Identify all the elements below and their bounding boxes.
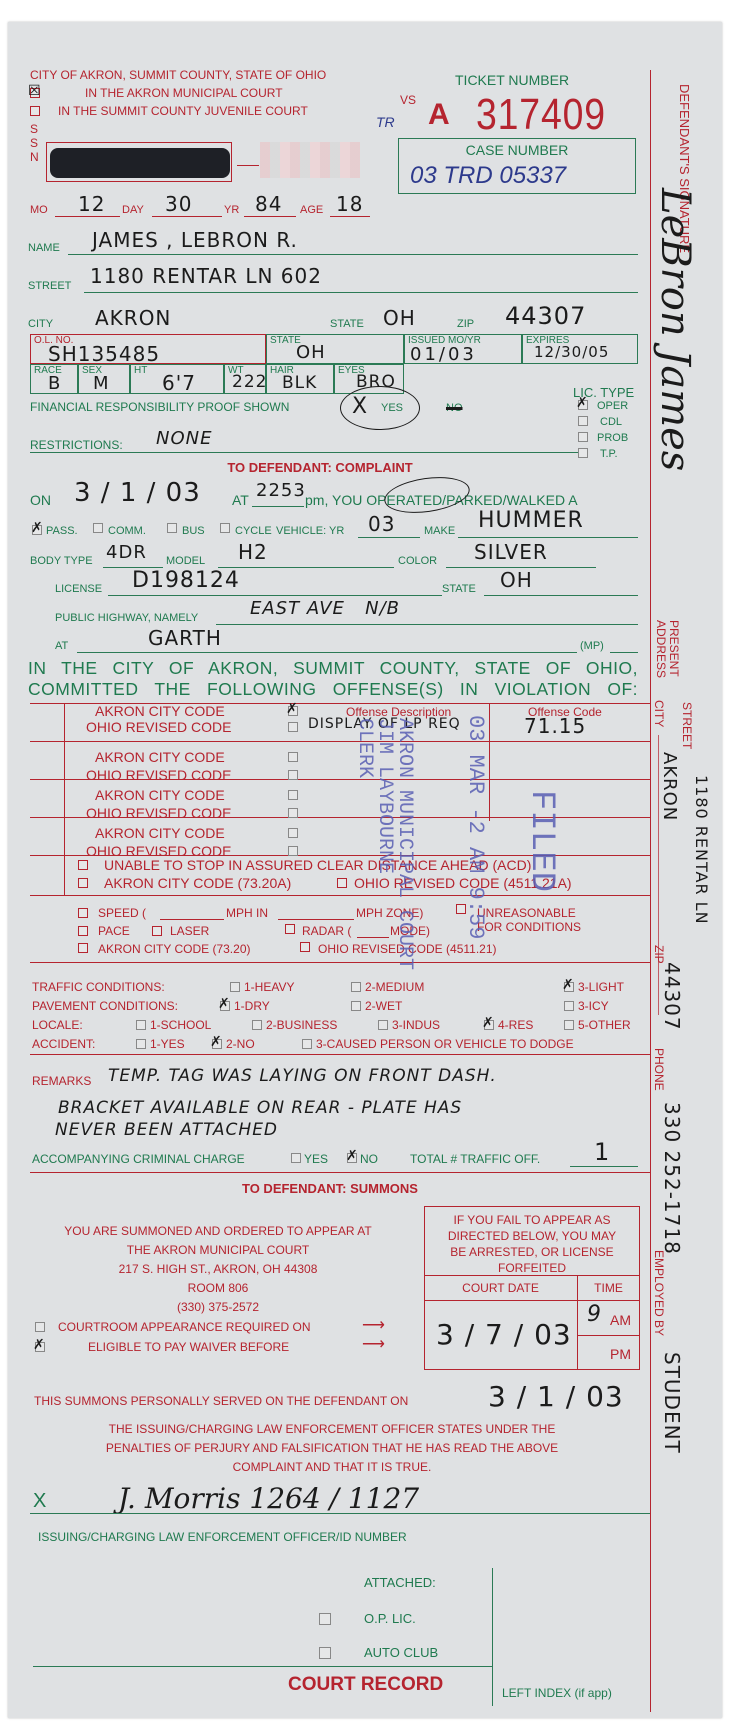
pavement-label: PAVEMENT CONDITIONS: bbox=[32, 999, 178, 1013]
lic-cdl-label: CDL bbox=[600, 416, 622, 428]
footer-line bbox=[33, 1666, 493, 1667]
color-label: COLOR bbox=[398, 555, 437, 567]
ohio-revised-code-label: OHIO REVISED CODE bbox=[86, 767, 231, 783]
total-offenses[interactable]: 1 bbox=[594, 1138, 610, 1166]
ticket-number-label: TICKET NUMBER bbox=[455, 72, 569, 88]
summons-address: YOU ARE SUMMONED AND ORDERED TO APPEAR A… bbox=[28, 1222, 408, 1317]
traffic-checkbox[interactable] bbox=[351, 982, 361, 992]
lic-oper-label: OPER bbox=[597, 400, 628, 412]
day-label: DAY bbox=[122, 204, 144, 216]
at2-label: AT bbox=[55, 640, 68, 652]
sidebar-employed-label: EMPLOYED BY bbox=[652, 1250, 666, 1336]
mp-label: (MP) bbox=[580, 640, 604, 652]
locale-label: LOCALE: bbox=[32, 1018, 83, 1032]
yr-line bbox=[244, 216, 296, 217]
pavement-option: 2-WET bbox=[365, 999, 402, 1013]
offense-table-bottom bbox=[30, 895, 650, 896]
check-mark-icon: ✗ bbox=[562, 980, 574, 990]
violation-line-1: IN THE CITY OF AKRON, SUMMIT COUNTY, STA… bbox=[28, 658, 638, 679]
body-type-label: BODY TYPE bbox=[30, 555, 93, 567]
lic-prob-checkbox[interactable] bbox=[578, 432, 588, 442]
officer-signature[interactable]: J. Morris 1264 / 1127 bbox=[118, 1482, 419, 1515]
model-line bbox=[218, 567, 394, 568]
cycle-label: CYCLE bbox=[235, 525, 272, 537]
city-code-checkbox[interactable] bbox=[288, 790, 298, 800]
highway-label: PUBLIC HIGHWAY, NAMELY bbox=[55, 612, 198, 624]
sidebar-street-label: STREET bbox=[680, 702, 694, 749]
akron-city-code-label: AKRON CITY CODE bbox=[95, 787, 225, 803]
at2-line bbox=[77, 652, 577, 653]
accident-option: 3-CAUSED PERSON OR VEHICLE TO DODGE bbox=[316, 1037, 574, 1051]
speed-label: SPEED ( bbox=[98, 906, 146, 920]
dob-day[interactable]: 30 bbox=[165, 192, 192, 216]
acd-city-checkbox[interactable] bbox=[78, 878, 88, 888]
court-option-juvenile: IN THE SUMMIT COUNTY JUVENILE COURT bbox=[58, 104, 308, 118]
bus-checkbox[interactable] bbox=[167, 523, 177, 533]
op-lic-checkbox[interactable] bbox=[319, 1613, 331, 1625]
locale-option: 4-RES bbox=[498, 1018, 533, 1032]
case-number-label: CASE NUMBER bbox=[398, 142, 636, 158]
court-time[interactable]: 9 bbox=[587, 1302, 602, 1327]
arrow-right-icon: ⟶ bbox=[362, 1334, 385, 1354]
ol-state-value[interactable]: OH bbox=[296, 342, 326, 363]
age-label: AGE bbox=[300, 204, 323, 216]
zip-value[interactable]: 44307 bbox=[505, 302, 586, 330]
locale-option: 2-BUSINESS bbox=[266, 1018, 337, 1032]
accident-option: 2-NO bbox=[226, 1037, 255, 1051]
traffic-label: TRAFFIC CONDITIONS: bbox=[32, 980, 165, 994]
yr-label: YR bbox=[224, 204, 239, 216]
criminal-yes-checkbox[interactable] bbox=[291, 1153, 301, 1163]
sidebar-city[interactable]: AKRON bbox=[659, 752, 680, 821]
remarks-line-1[interactable]: TEMP. TAG WAS LAYING ON FRONT DASH. bbox=[108, 1066, 497, 1086]
bus-label: BUS bbox=[182, 525, 205, 537]
revised-code-checkbox[interactable] bbox=[288, 770, 298, 780]
served-label: THIS SUMMONS PERSONALLY SERVED ON THE DE… bbox=[34, 1394, 408, 1408]
waiver-label: ELIGIBLE TO PAY WAIVER BEFORE bbox=[88, 1340, 289, 1354]
offense-date[interactable]: 3 / 1 / 03 bbox=[74, 478, 201, 508]
check-mark-icon: ✗ bbox=[482, 1018, 494, 1028]
signature-x: X bbox=[33, 1490, 46, 1513]
vehicle-yr-line bbox=[358, 537, 420, 538]
locale-checkbox[interactable] bbox=[252, 1020, 262, 1030]
time-line bbox=[252, 506, 304, 507]
present-address-label: PRESENT ADDRESS bbox=[654, 620, 680, 660]
locale-option: 1-SCHOOL bbox=[150, 1018, 211, 1032]
officer-signature-line bbox=[30, 1513, 650, 1514]
courtroom-label: COURTROOM APPEARANCE REQUIRED ON bbox=[58, 1320, 310, 1334]
license-label: LICENSE bbox=[55, 583, 102, 595]
age-value[interactable]: 18 bbox=[336, 192, 363, 216]
lic-prob-label: PROB bbox=[597, 432, 628, 444]
jurisdiction-heading: CITY OF AKRON, SUMMIT COUNTY, STATE OF O… bbox=[30, 68, 326, 82]
state-label: STATE bbox=[330, 318, 364, 330]
sidebar-city-label: CITY bbox=[652, 700, 666, 727]
mo-line bbox=[55, 216, 120, 217]
mph-in-label: MPH IN bbox=[226, 906, 268, 920]
mph-zone-line bbox=[278, 919, 354, 920]
cycle-checkbox[interactable] bbox=[220, 523, 230, 533]
op-lic-label: O.P. LIC. bbox=[364, 1611, 416, 1626]
pace-checkbox[interactable] bbox=[78, 926, 88, 936]
left-index-label: LEFT INDEX (if app) bbox=[502, 1686, 612, 1700]
am-pm-divider bbox=[577, 1335, 640, 1336]
am-label: AM bbox=[610, 1312, 631, 1328]
acd-city-label: AKRON CITY CODE (73.20A) bbox=[104, 875, 291, 891]
vehicle-yr[interactable]: 03 bbox=[368, 512, 395, 536]
speed-checkbox[interactable] bbox=[78, 908, 88, 918]
make-line bbox=[458, 537, 638, 538]
city-code-checkbox[interactable] bbox=[288, 752, 298, 762]
lic-tp-checkbox[interactable] bbox=[578, 448, 588, 458]
sex-value[interactable]: M bbox=[93, 373, 110, 394]
ticket-number: 317409 bbox=[476, 90, 606, 140]
total-offenses-label: TOTAL # TRAFFIC OFF. bbox=[410, 1152, 540, 1166]
traffic-option: 3-LIGHT bbox=[578, 980, 624, 994]
ticket-prefix: A bbox=[428, 98, 450, 132]
remarks-bottom bbox=[30, 1172, 650, 1173]
accident-checkbox[interactable] bbox=[136, 1039, 146, 1049]
remarks-label: REMARKS bbox=[32, 1074, 91, 1088]
offense-row-divider bbox=[30, 741, 650, 742]
highway-line bbox=[216, 624, 638, 625]
revised-code-checkbox[interactable] bbox=[288, 846, 298, 856]
offense-desc-divider bbox=[489, 703, 490, 821]
street-label: STREET bbox=[28, 280, 71, 292]
radar-checkbox[interactable] bbox=[285, 924, 295, 934]
financial-responsibility-label: FINANCIAL RESPONSIBILITY PROOF SHOWN bbox=[30, 400, 289, 414]
court-record-label: COURT RECORD bbox=[288, 1674, 443, 1696]
unreasonable-label: UNREASONABLE bbox=[477, 906, 576, 920]
check-mark-icon: ✗ bbox=[31, 523, 43, 533]
offense-time[interactable]: 2253 bbox=[256, 480, 306, 501]
license-state[interactable]: OH bbox=[500, 568, 533, 592]
license-state-label: STATE bbox=[442, 583, 476, 595]
ssn-label: SSN bbox=[30, 122, 39, 164]
day-line bbox=[152, 216, 222, 217]
sidebar-phone[interactable]: 330 252-1718 bbox=[660, 1102, 684, 1255]
courtroom-checkbox[interactable] bbox=[35, 1322, 45, 1332]
street-value[interactable]: 1180 RENTAR LN 602 bbox=[90, 264, 322, 288]
laser-label: LASER bbox=[170, 924, 209, 938]
laser-checkbox[interactable] bbox=[152, 926, 162, 936]
city-value[interactable]: AKRON bbox=[95, 306, 171, 330]
akron-city-code-label: AKRON CITY CODE bbox=[95, 825, 225, 841]
at2-value[interactable]: GARTH bbox=[148, 626, 222, 650]
akron-city-code-label: AKRON CITY CODE bbox=[95, 749, 225, 765]
officer-label: ISSUING/CHARGING LAW ENFORCEMENT OFFICER… bbox=[38, 1530, 407, 1544]
criminal-no-label: NO bbox=[360, 1152, 378, 1166]
dob-month[interactable]: 12 bbox=[78, 192, 105, 216]
officer-oath: THE ISSUING/CHARGING LAW ENFORCEMENT OFF… bbox=[28, 1420, 636, 1477]
remarks-line-2[interactable]: BRACKET AVAILABLE ON REAR - PLATE HAS bbox=[58, 1098, 462, 1118]
locale-checkbox[interactable] bbox=[378, 1020, 388, 1030]
check-mark-icon: ✗ bbox=[218, 999, 230, 1009]
speed-revised-checkbox[interactable] bbox=[300, 942, 310, 952]
sidebar-zip[interactable]: 44307 bbox=[660, 962, 684, 1031]
sidebar-phone-label: PHONE bbox=[652, 1048, 666, 1091]
pace-label: PACE bbox=[98, 924, 130, 938]
restrictions-label: RESTRICTIONS: bbox=[30, 438, 123, 452]
time-label: TIME bbox=[577, 1281, 640, 1295]
vehicle-make[interactable]: HUMMER bbox=[478, 508, 584, 533]
court-date-divider bbox=[424, 1300, 640, 1301]
state-value[interactable]: OH bbox=[383, 306, 416, 330]
akron-city-code-label: AKRON CITY CODE bbox=[95, 703, 225, 719]
locale-option: 3-INDUS bbox=[392, 1018, 440, 1032]
restrictions-value[interactable]: NONE bbox=[156, 428, 212, 449]
lic-cdl-checkbox[interactable] bbox=[578, 416, 588, 426]
sidebar-employed[interactable]: STUDENT bbox=[660, 1352, 684, 1454]
highway-value[interactable]: EAST AVE N/B bbox=[250, 598, 400, 619]
check-mark-icon: ✗ bbox=[210, 1037, 222, 1047]
name-value[interactable]: JAMES , LEBRON R. bbox=[92, 228, 298, 252]
check-mark-icon: ✗ bbox=[286, 704, 298, 714]
summons-title: TO DEFENDANT: SUMMONS bbox=[0, 1181, 660, 1196]
check-mark-icon: ✗ bbox=[33, 1340, 45, 1350]
check-mark-icon: ✗ bbox=[576, 398, 588, 408]
license-plate[interactable]: D198124 bbox=[132, 568, 240, 593]
name-line bbox=[68, 254, 638, 255]
traffic-option: 1-HEAVY bbox=[244, 980, 294, 994]
sidebar-divider bbox=[650, 70, 651, 1712]
court-date-divider bbox=[424, 1275, 640, 1276]
pavement-checkbox[interactable] bbox=[564, 1001, 574, 1011]
city-code-checkbox[interactable] bbox=[288, 828, 298, 838]
radar-label: RADAR ( bbox=[302, 924, 351, 938]
pavement-checkbox[interactable] bbox=[351, 1001, 361, 1011]
comm-checkbox[interactable] bbox=[93, 523, 103, 533]
race-value[interactable]: B bbox=[48, 373, 61, 394]
lic-tp-label: T.P. bbox=[600, 448, 618, 460]
sidebar-city-line bbox=[658, 735, 659, 1015]
issued-value[interactable]: 01/03 bbox=[410, 344, 477, 365]
arrow-right-icon: ⟶ bbox=[362, 1315, 385, 1335]
ohio-revised-code-label: OHIO REVISED CODE bbox=[86, 805, 231, 821]
remarks-line-3[interactable]: NEVER BEEN ATTACHED bbox=[55, 1120, 278, 1140]
speed-city-label: AKRON CITY CODE (73.20) bbox=[98, 942, 250, 956]
comm-label: COMM. bbox=[108, 525, 146, 537]
acd-checkbox[interactable] bbox=[78, 860, 88, 870]
accident-option: 1-YES bbox=[150, 1037, 185, 1051]
stamp-filed: FILED bbox=[522, 790, 560, 892]
fin-resp-yes: YES bbox=[381, 402, 403, 414]
offense-code[interactable]: 71.15 bbox=[524, 714, 586, 738]
wt-value[interactable]: 222 bbox=[232, 372, 267, 392]
mp-line bbox=[610, 652, 638, 653]
hair-value[interactable]: BLK bbox=[282, 373, 317, 393]
sidebar-street[interactable]: 1180 RENTAR LN bbox=[692, 775, 711, 925]
zip-label: ZIP bbox=[457, 318, 474, 330]
court-option-municipal: IN THE AKRON MUNICIPAL COURT bbox=[85, 86, 283, 100]
criminal-charge-label: ACCOMPANYING CRIMINAL CHARGE bbox=[32, 1152, 245, 1166]
ssn-dash bbox=[237, 165, 259, 166]
violation-line-2: COMMITTED THE FOLLOWING OFFENSE(S) IN VI… bbox=[28, 679, 638, 700]
speed-line bbox=[160, 919, 224, 920]
speed-city-checkbox[interactable] bbox=[78, 943, 88, 953]
complaint-title: TO DEFENDANT: COMPLAINT bbox=[0, 460, 640, 475]
attached-label: ATTACHED: bbox=[364, 1575, 436, 1590]
fin-resp-no: NO bbox=[446, 402, 463, 414]
revised-code-checkbox[interactable] bbox=[288, 808, 298, 818]
street-line bbox=[84, 292, 638, 293]
conditions-bottom bbox=[30, 1054, 650, 1055]
ticket-initials: TR bbox=[376, 114, 395, 130]
vehicle-model[interactable]: H2 bbox=[238, 540, 268, 564]
license-line bbox=[108, 595, 442, 596]
ssn-pixelated bbox=[260, 142, 360, 178]
pavement-option: 3-ICY bbox=[578, 999, 609, 1013]
restrictions-line bbox=[30, 452, 578, 453]
total-line bbox=[570, 1166, 638, 1167]
offense-table-left bbox=[64, 703, 65, 895]
court-date[interactable]: 3 / 7 / 03 bbox=[436, 1318, 572, 1351]
acd-revised-checkbox[interactable] bbox=[337, 878, 347, 888]
sidebar-zip-label: ZIP bbox=[652, 945, 666, 964]
body-type[interactable]: 4DR bbox=[106, 542, 147, 563]
auto-club-checkbox[interactable] bbox=[319, 1647, 331, 1659]
license-state-line bbox=[484, 595, 638, 596]
accident-checkbox[interactable] bbox=[302, 1039, 312, 1049]
traffic-option: 2-MEDIUM bbox=[365, 980, 424, 994]
on-label: ON bbox=[30, 492, 51, 508]
model-label: MODEL bbox=[166, 555, 205, 567]
vehicle-yr-label: VEHICLE: YR bbox=[276, 525, 344, 537]
check-mark-icon: ✗ bbox=[346, 1151, 358, 1161]
court-checkbox-juvenile[interactable] bbox=[30, 106, 40, 116]
make-label: MAKE bbox=[424, 525, 455, 537]
financial-responsibility-mark[interactable]: X bbox=[352, 394, 368, 419]
court-date-label: COURT DATE bbox=[424, 1281, 577, 1295]
fail-to-appear-warning: IF YOU FAIL TO APPEAR ASDIRECTED BELOW, … bbox=[424, 1212, 640, 1276]
served-date[interactable]: 3 / 1 / 03 bbox=[488, 1380, 624, 1413]
vehicle-color[interactable]: SILVER bbox=[474, 540, 548, 564]
dob-year[interactable]: 84 bbox=[255, 192, 282, 216]
expires-value[interactable]: 12/30/05 bbox=[534, 343, 609, 361]
auto-club-label: AUTO CLUB bbox=[364, 1645, 438, 1660]
check-mark-icon: ☒ bbox=[28, 86, 41, 96]
mo-label: MO bbox=[30, 204, 48, 216]
ol-no-value[interactable]: SH135485 bbox=[48, 342, 160, 366]
ht-label: HT bbox=[134, 365, 147, 376]
age-line bbox=[330, 216, 370, 217]
speed-section-bottom bbox=[30, 962, 650, 963]
footer-divider bbox=[492, 1568, 493, 1706]
traffic-checkbox[interactable] bbox=[230, 982, 240, 992]
locale-option: 5-OTHER bbox=[578, 1018, 631, 1032]
case-number[interactable]: 03 TRD 05337 bbox=[410, 162, 566, 190]
accident-label: ACCIDENT: bbox=[32, 1037, 95, 1051]
locale-checkbox[interactable] bbox=[564, 1020, 574, 1030]
pavement-option: 1-DRY bbox=[234, 999, 270, 1013]
name-label: NAME bbox=[28, 242, 60, 254]
for-conditions-label: FOR CONDITIONS bbox=[477, 920, 581, 934]
stamp-date: 03 MAR -2 AM 9:59 bbox=[463, 715, 488, 939]
ohio-revised-code-label: OHIO REVISED CODE bbox=[86, 719, 231, 735]
locale-checkbox[interactable] bbox=[136, 1020, 146, 1030]
pm-label: PM bbox=[610, 1346, 631, 1362]
ht-value[interactable]: 6'7 bbox=[162, 371, 196, 395]
vs-label: VS bbox=[400, 93, 416, 107]
court-stamp: AKRON MUNICIPAL COURTJIM LAYBOURNECLERK bbox=[354, 718, 414, 970]
revised-code-checkbox[interactable] bbox=[288, 722, 298, 732]
defendant-signature[interactable]: LeBron James bbox=[652, 188, 698, 471]
at-label: AT bbox=[232, 492, 249, 508]
ssn-redaction bbox=[50, 148, 230, 178]
city-label: CITY bbox=[28, 318, 53, 330]
criminal-yes-label: YES bbox=[304, 1152, 328, 1166]
pass-label: PASS. bbox=[46, 525, 78, 537]
